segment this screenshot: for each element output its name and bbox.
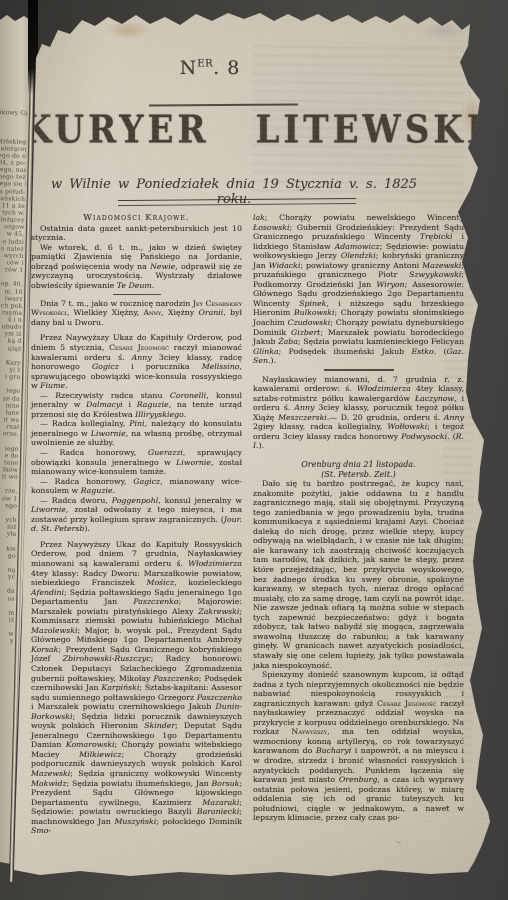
section-heading: Wiadomości Krajowe. <box>31 213 242 223</box>
adjacent-text-fragment: ze da <box>0 395 20 403</box>
article-paragraph: Ostatnia data gazet sankt-petersburskich… <box>31 224 242 243</box>
article-paragraph: Spieszymy donieść szanownym kupcom, iż o… <box>253 670 464 823</box>
article-paragraph: Przez Naywyższy Ukaz do Kapituły Orderow… <box>31 333 242 390</box>
article-paragraph: We wtorek, d. 6 t. m., jako w dzień świę… <box>31 243 242 291</box>
separator-rule <box>324 369 394 370</box>
ink-bleedthrough <box>418 22 468 40</box>
paper-speck <box>396 841 401 845</box>
article-paragraph: Nayłaskawiey mianowani, d. 7 grudnia r. … <box>253 375 464 451</box>
newspaper-title: KURYER LITEWSKI <box>22 108 450 153</box>
article-columns: Wiadomości Krajowe.Ostatnia data gazet s… <box>31 213 465 836</box>
section-heading: Orenburg dnia 21 listopada. <box>253 460 464 470</box>
article-paragraph: Przez Naywyższy Ukaz do Kapituły Rossyys… <box>31 540 242 836</box>
adjacent-text-fragment: it wó <box>0 473 18 481</box>
section-heading: (St. Petersb. Zeit.) <box>253 470 464 480</box>
scanned-newspaper-scene: likowy Gy- Mińskiegonależącegojego do sk… <box>0 0 508 900</box>
issue-prefix: N <box>180 57 198 79</box>
article-paragraph: — Rzeczywisty radca stanu Coronelli, kon… <box>31 391 242 420</box>
adjacent-text-fragment: erze, <box>0 430 19 438</box>
article-paragraph: Dało się tu bardzo postrzegać, że kupcy … <box>253 479 464 670</box>
issue-superscript: ER <box>197 59 213 70</box>
article-paragraph: lak; Chorąży powiatu newelskiego Wincent… <box>253 213 464 366</box>
adjacent-text-fragment: nego się k <box>0 180 26 188</box>
article-paragraph: — Radca kollegialny, Pini, należący do k… <box>31 419 242 448</box>
adjacent-text-fragment: op. 40, <box>0 280 23 288</box>
paper-speck <box>172 791 174 793</box>
paper-speck <box>76 819 78 821</box>
left-column: Wiadomości Krajowe.Ostatnia data gazet s… <box>31 213 242 836</box>
newspaper-page: NER. 8 KURYER LITEWSKI w Wilnie w Ponied… <box>0 0 508 900</box>
article-paragraph: — Radca honorowy, Guerazzi, sprawujący o… <box>31 448 242 477</box>
article-paragraph: — Radca honorowy, Gagicz, mianowany wice… <box>31 477 242 496</box>
right-column: lak; Chorąży powiatu newelskiego Wincent… <box>253 213 464 836</box>
separator-rule <box>113 294 161 295</box>
issue-number: NER. 8 <box>150 57 270 79</box>
adjacent-text-fragment: ów 1 <box>0 495 17 503</box>
article-paragraph: Dnia 7 t. m., jako w rocznicę narodzin J… <box>31 299 242 328</box>
issue-value: . 8 <box>213 57 240 79</box>
article-paragraph: — Radca dworu, Poggenpohl, konsul jenera… <box>31 496 242 534</box>
adjacent-text-fragment: y <box>0 637 14 645</box>
adjacent-text-fragment: likowy Gy- <box>0 109 27 117</box>
